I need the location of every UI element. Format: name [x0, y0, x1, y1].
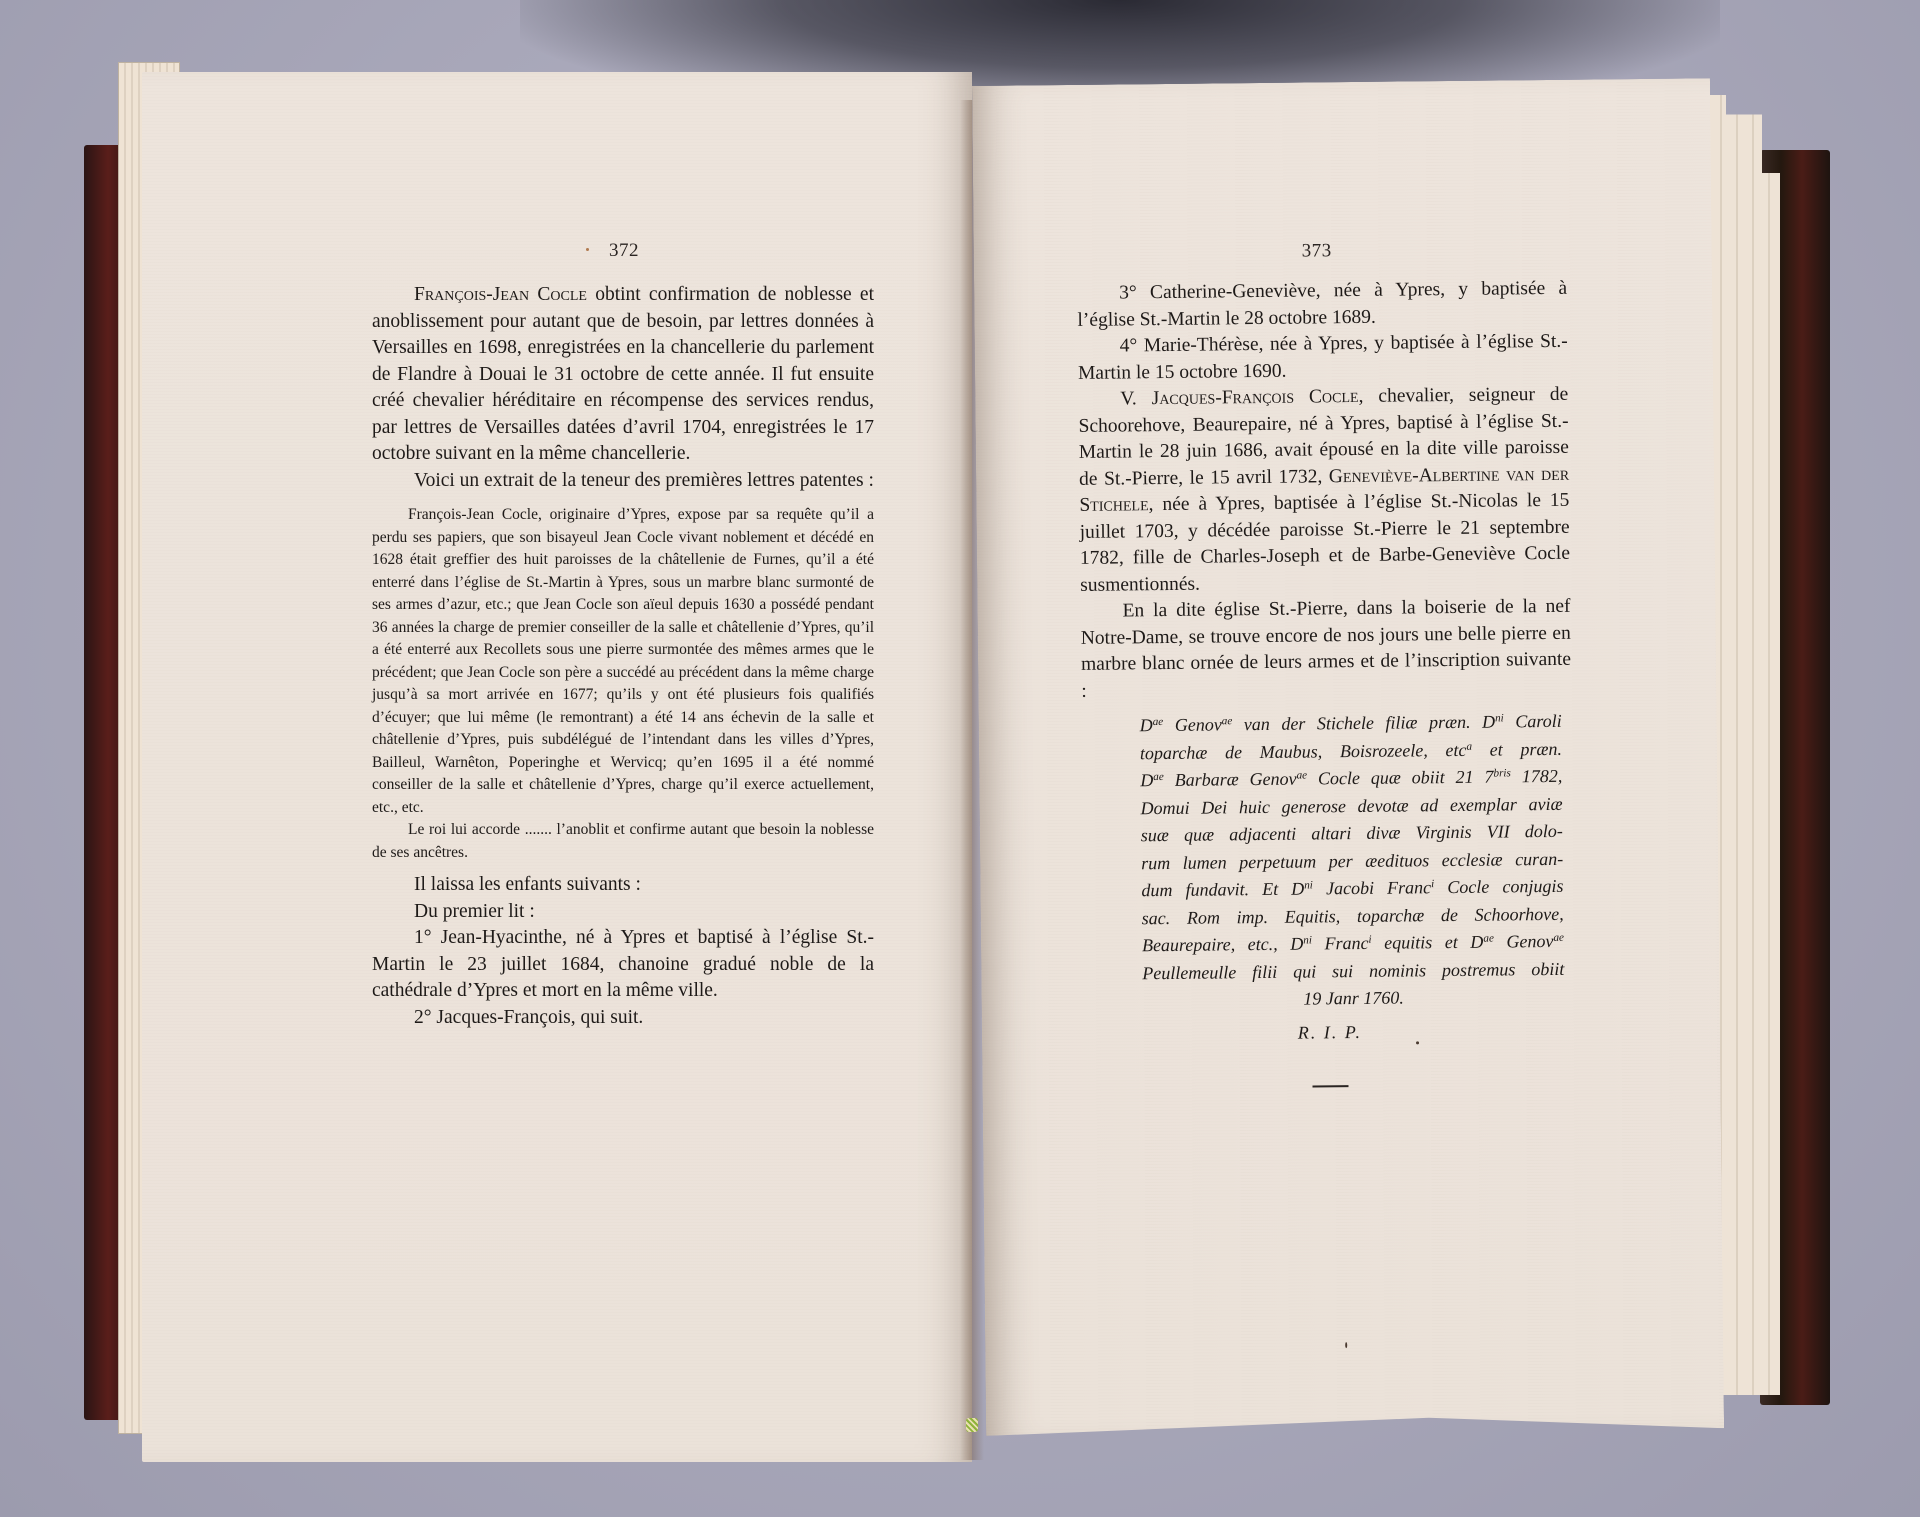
right-page: 373 3° Catherine-Geneviève, née à Ypres,… [972, 78, 1724, 1436]
paper-speck [1416, 1041, 1419, 1044]
paragraph-francois-jean: François-Jean Cocle obtint confirmation … [372, 282, 874, 468]
quoted-letters-patent: François-Jean Cocle, originaire d’Ypres,… [372, 504, 874, 864]
name-francois-jean-cocle: François-Jean Cocle [414, 284, 587, 305]
inscription-line: Domui Dei huic generose devotæ ad exempl… [1140, 790, 1562, 822]
inscription-line: Peullemeulle filii qui sui nominis postr… [1142, 955, 1564, 987]
inscription-line: rum lumen perpetuum per æedituos ecclesi… [1141, 845, 1563, 877]
inscription-line: Dae Barbaræ Genovae Cocle quæ obiit 21 7… [1140, 763, 1562, 795]
ornamental-rule [1312, 1085, 1348, 1087]
page-number-right: 373 [1302, 240, 1332, 262]
left-page: 372 François-Jean Cocle obtint confirmat… [142, 72, 972, 1462]
paragraph-extract-intro: Voici un extrait de la teneur des premiè… [372, 468, 874, 495]
paragraph-child-4: 4° Marie-Thérèse, née à Ypres, y baptisé… [1078, 329, 1569, 387]
inscription-line: toparchæ de Maubus, Boisrozeele, etca et… [1140, 735, 1562, 767]
name-jacques-francois-cocle: Jacques-François Cocle [1152, 386, 1359, 409]
paragraph-church-stone: En la dite église St.-Pierre, dans la bo… [1080, 594, 1571, 705]
inscription-line: dum fundavit. Et Dni Jacobi Franci Cocle… [1141, 873, 1563, 905]
right-page-text-column: 3° Catherine-Geneviève, née à Ypres, y b… [1077, 276, 1575, 1090]
quote-king-grants: Le roi lui accorde ....... l’anoblit et … [372, 819, 874, 864]
paragraph-child-3: 3° Catherine-Geneviève, née à Ypres, y b… [1077, 276, 1568, 334]
latin-inscription: Dae Genovae van der Stichele filiæ præn.… [1140, 708, 1565, 1015]
inscription-rip: R. I. P. [1085, 1016, 1575, 1048]
paragraph-first-bed: Du premier lit : [372, 899, 874, 926]
paragraph-jacques-francois: V. Jacques-François Cocle, chevalier, se… [1078, 382, 1570, 599]
paragraph-child-1: 1° Jean-Hyacinthe, né à Ypres et baptisé… [372, 925, 874, 1005]
quote-request: François-Jean Cocle, originaire d’Ypres,… [372, 504, 874, 819]
left-page-text-column: François-Jean Cocle obtint confirmation … [372, 282, 874, 1031]
paragraph-child-2: 2° Jacques-François, qui suit. [372, 1005, 874, 1032]
inscription-date: 19 Janr 1760. [1142, 983, 1564, 1015]
inscription-line: suæ quæ adjacenti altari divæ Virginis V… [1141, 818, 1563, 850]
paragraph-children-intro: Il laissa les enfants suivants : [372, 872, 874, 899]
inscription-line: Beaurepaire, etc., Dni Franci equitis et… [1142, 928, 1564, 960]
paper-speck [1345, 1342, 1347, 1348]
page-number-left: 372 [609, 240, 639, 262]
inscription-line: Dae Genovae van der Stichele filiæ præn.… [1140, 708, 1562, 740]
binding-thread [966, 1418, 978, 1432]
inscription-line: sac. Rom imp. Equitis, toparchæ de Schoo… [1142, 900, 1564, 932]
paper-speck [586, 248, 589, 251]
